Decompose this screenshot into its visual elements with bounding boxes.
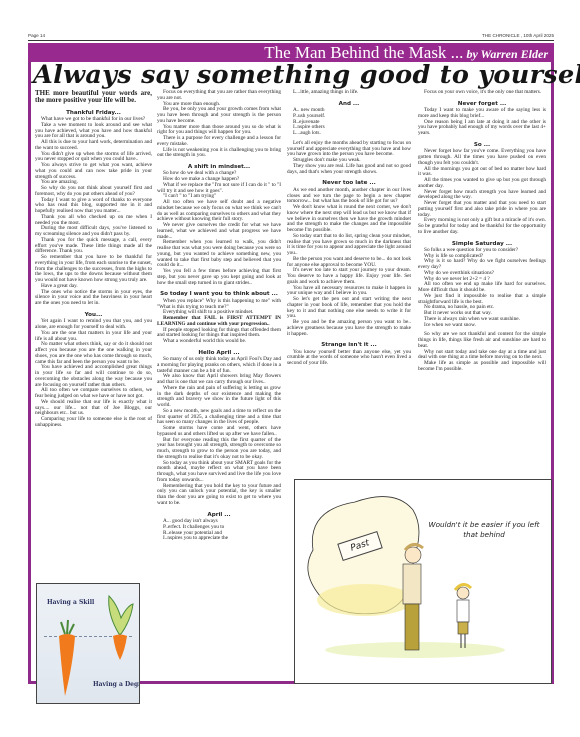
paragraph: So why do you not think about yourself f… [35,186,152,198]
paragraph: Every morning is not only a gift but a m… [418,218,546,235]
subhead-never-too-late: Never too late ... [287,180,411,186]
paragraph: Focus on your own voice, it's the only o… [418,90,546,96]
paragraph: Never forget that you matter and that yo… [418,201,546,218]
section-thankful-friday: What have we got to be thankful for in o… [35,117,152,307]
paragraph: Yes you fell a few times before achievin… [157,269,281,286]
paragraph: Remembering that you hold the key to you… [157,484,281,507]
paragraph: All the times you wanted to give up but … [418,178,546,190]
paragraph: One reason being I am late at doing it a… [418,120,546,137]
column-1: THE more beautiful your words are, the m… [35,90,152,429]
paragraph: Focus on everything that you are rather … [157,90,281,102]
paragraph: You always strive to get what you want, … [35,163,152,180]
paragraph: The ones who notice the storms in your e… [35,290,152,307]
column-4: Focus on your own voice, it's the only o… [418,90,546,373]
and-acrostic: A.. new month P..ush yourself. R..ejuven… [287,108,411,137]
paragraph: Let's all enjoy the months ahead by star… [287,141,411,158]
subhead-strange-isnt-it: Strange isn't it ... [287,342,411,348]
paragraph: Where the rain and pain of suffering is … [157,386,281,409]
lede-paragraph: THE more beautiful your words are, the m… [35,90,152,105]
paragraph: As we end another month, another chapter… [287,188,411,205]
article-headline: Always say something good to yourself ..… [33,60,553,90]
paragraph: We never give ourselves the credit for w… [157,223,281,240]
paragraph: But for everyone reading this the first … [157,438,281,461]
paragraph: Be you, be only you and your growth come… [157,107,281,124]
paragraph: There is a purpose for every challenge a… [157,136,281,148]
paragraph: Comparing your life to someone else is t… [35,417,152,429]
paragraph: Never forget how far you've come. Everyt… [418,149,546,166]
paragraph: So a new month, new goals and a time to … [157,409,281,426]
paragraph: So many of us only think today as April … [157,357,281,374]
paragraph: All too often we have self doubt and a n… [157,200,281,223]
paragraph: It's never too late to start your journe… [287,268,411,285]
paragraph: You know yourself better than anyone els… [287,350,411,367]
paragraph: Today I want to give a word of thanks to… [35,198,152,215]
april-acrostic: A... good day isn't always P..erfect. It… [157,519,281,542]
page-folio: Page 14 THE CHRONICLE , 10th April 2025 [28,30,554,41]
acrostic-line: L...ittle, amazing things in life. [287,90,411,96]
column-2: Focus on everything that you are rather … [157,90,281,542]
paragraph: Life is not weakening you it is challeng… [157,148,281,160]
section-think-about: When you replace" Why is this happening … [157,299,281,345]
speech-bubble-text: Wouldn't it be easier if you left that b… [425,520,543,540]
section-hello-april: So many of us only think today as April … [157,357,281,507]
acrostic-line: L...augh lots. [287,131,411,137]
paragraph: Ice when we want snow. [418,323,546,329]
subhead-think-about: So today I want you to think about ... [157,291,281,297]
paragraph: So today start that to do list, spring c… [287,234,411,257]
paragraph: We don't know what is round the next cor… [287,205,411,234]
having-a-degree-label: Having a Degree [93,681,140,688]
section-never-forget: Today I want to make you aware of the sa… [418,108,546,137]
paragraph: So today as you think about your SMART g… [157,461,281,484]
column-3: L...ittle, amazing things in life. And .… [287,90,411,367]
bold-paragraph: Remember that FAIL is FIRST ATTEMPT IN L… [157,316,281,328]
section-intro: Focus on your own voice, it's the only o… [418,90,546,96]
paragraph: Thank you for the quick message, a call,… [35,238,152,255]
section-strange-isnt-it: You know yourself better than anyone els… [287,350,411,367]
section-you: Yet again I want to remind you that you,… [35,319,152,428]
acrostic-line: I..nspires you to appreciate the [157,536,281,542]
section-and: Let's all enjoy the months ahead by star… [287,141,411,176]
paragraph: So remember that you have to be thankful… [35,255,152,284]
paragraph: We should realise that our life is exact… [35,400,152,417]
section-simple-saturday: So folks a wee question for you to consi… [418,248,546,373]
boulder-and-figures-icon [295,480,552,684]
publication-date: THE CHRONICLE , 10th April 2025 [482,33,554,38]
paragraph: So why are we not thankful and content f… [418,332,546,349]
section-so: Never forget how far you've come. Everyt… [418,149,546,235]
april-acrostic-end: L...ittle, amazing things in life. [287,90,411,96]
page-number: Page 14 [28,33,45,38]
section-never-too-late: As we end another month, another chapter… [287,188,411,338]
section-intro: Focus on everything that you are rather … [157,90,281,159]
paragraph: Some storms have come and went, others h… [157,426,281,438]
skill-vs-degree-illustration: Having a Skill Having a Degree [36,583,140,704]
paragraph: No matter what others think, say or do i… [35,342,152,365]
paragraph: Today I want to make you aware of the sa… [418,108,546,120]
paragraph: So let's get the pen out and start writi… [287,297,411,320]
paragraph: Take a wee moment to look around and see… [35,123,152,140]
paragraph: Remember when you learned to walk, you d… [157,240,281,269]
subhead-simple-saturday: Simple Saturday ... [418,241,546,247]
paragraph: What a wonderful world this would be. [157,339,281,345]
paragraph: Be you and be the amazing person you wan… [287,320,411,337]
paragraph: You have achieved and accomplished great… [35,365,152,388]
section-shift-in-mindset: So how do we deal with a change? How do … [157,171,281,286]
paragraph: Make life as simple as possible and impo… [418,361,546,373]
author-byline: by Warren Elder [466,47,548,61]
paragraph: They show you are real. Life has good an… [287,164,411,176]
paragraph: All this is due to your hard work, deter… [35,140,152,152]
past-cartoon-illustration: Past Wouldn't it be easier if you left t… [294,479,552,684]
